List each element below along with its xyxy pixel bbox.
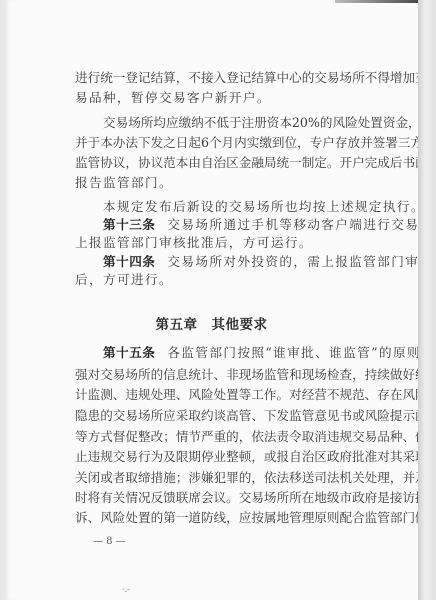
paragraph-line: 等方式督促整改；情节严重的，依法责令取消违规交易品种、停	[75, 429, 387, 445]
paragraph-line: 计监测、违规处理、风险处置等工作。对经营不规范、存在风险	[75, 387, 387, 403]
scan-edge-shadow	[335, 0, 423, 3]
article-text: 交易场所对外投资的，需上报监管部门审核批准	[167, 254, 436, 269]
chapter-number: 第五章	[156, 317, 198, 333]
paragraph-line: 关闭或者取缔措施；涉嫌犯罪的，依法移送司法机关处理，并及	[75, 470, 387, 486]
article-label: 第十五条	[103, 345, 155, 360]
paragraph-line: 时将有关情况反馈联席会议。交易场所所在地级市政府是接访接	[75, 490, 387, 506]
scan-speck: ·.-	[122, 585, 130, 594]
paragraph-line: 报告监管部门。	[75, 175, 387, 191]
article-label: 第十三条	[103, 217, 155, 232]
article-text: 交易场所通过手机等移动客户端进行交易的，需	[167, 217, 436, 232]
chapter-heading: 第五章其他要求	[5, 313, 418, 333]
paragraph-line: 监管协议，协议范本由自治区金融局统一制定。开户完成后书面	[75, 155, 387, 171]
article-text: 各监管部门按照“谁审批、谁监管”的原则，加	[167, 345, 436, 360]
paragraph-line: 隐患的交易场所应采取约谈高管、下发监管意见书或风险提示函	[75, 408, 387, 424]
article-14: 第十四条交易场所对外投资的，需上报监管部门审核批准	[75, 254, 387, 270]
paragraph-line: 上报监管部门审核批准后，方可运行。	[75, 235, 387, 251]
paragraph-line: 止违规交易行为及限期停业整顿，或报自治区政府批准对其采取	[75, 449, 387, 465]
scan-border	[418, 0, 436, 600]
paragraph-line: 后，方可进行。	[75, 272, 387, 288]
paragraph-line: 强对交易场所的信息统计、非现场监管和现场检查，持续做好统	[75, 367, 387, 383]
paragraph-line: 交易场所均应缴纳不低于注册资本20%的风险处置资金，	[75, 115, 387, 131]
paragraph-line: 进行统一登记结算，不接入登记结算中心的交易场所不得增加交	[75, 70, 387, 86]
paragraph-line: 本规定发布后新设的交易场所也均按上述规定执行。	[75, 199, 387, 215]
document-page: 进行统一登记结算，不接入登记结算中心的交易场所不得增加交 易品种，暂停交易客户新…	[5, 0, 418, 600]
paragraph-line: 易品种，暂停交易客户新开户。	[75, 90, 387, 106]
paragraph-line: 并于本办法下发之日起6个月内实缴到位，专户存放并签署三方	[75, 135, 387, 151]
article-label: 第十四条	[103, 254, 155, 269]
paragraph-line: 诉、风险处置的第一道防线，应按属地管理原则配合监管部门做	[75, 510, 387, 526]
page-number: — 8 —	[93, 536, 126, 547]
article-15: 第十五条各监管部门按照“谁审批、谁监管”的原则，加	[75, 345, 387, 361]
article-13: 第十三条交易场所通过手机等移动客户端进行交易的，需	[75, 217, 387, 233]
chapter-title: 其他要求	[212, 317, 268, 333]
